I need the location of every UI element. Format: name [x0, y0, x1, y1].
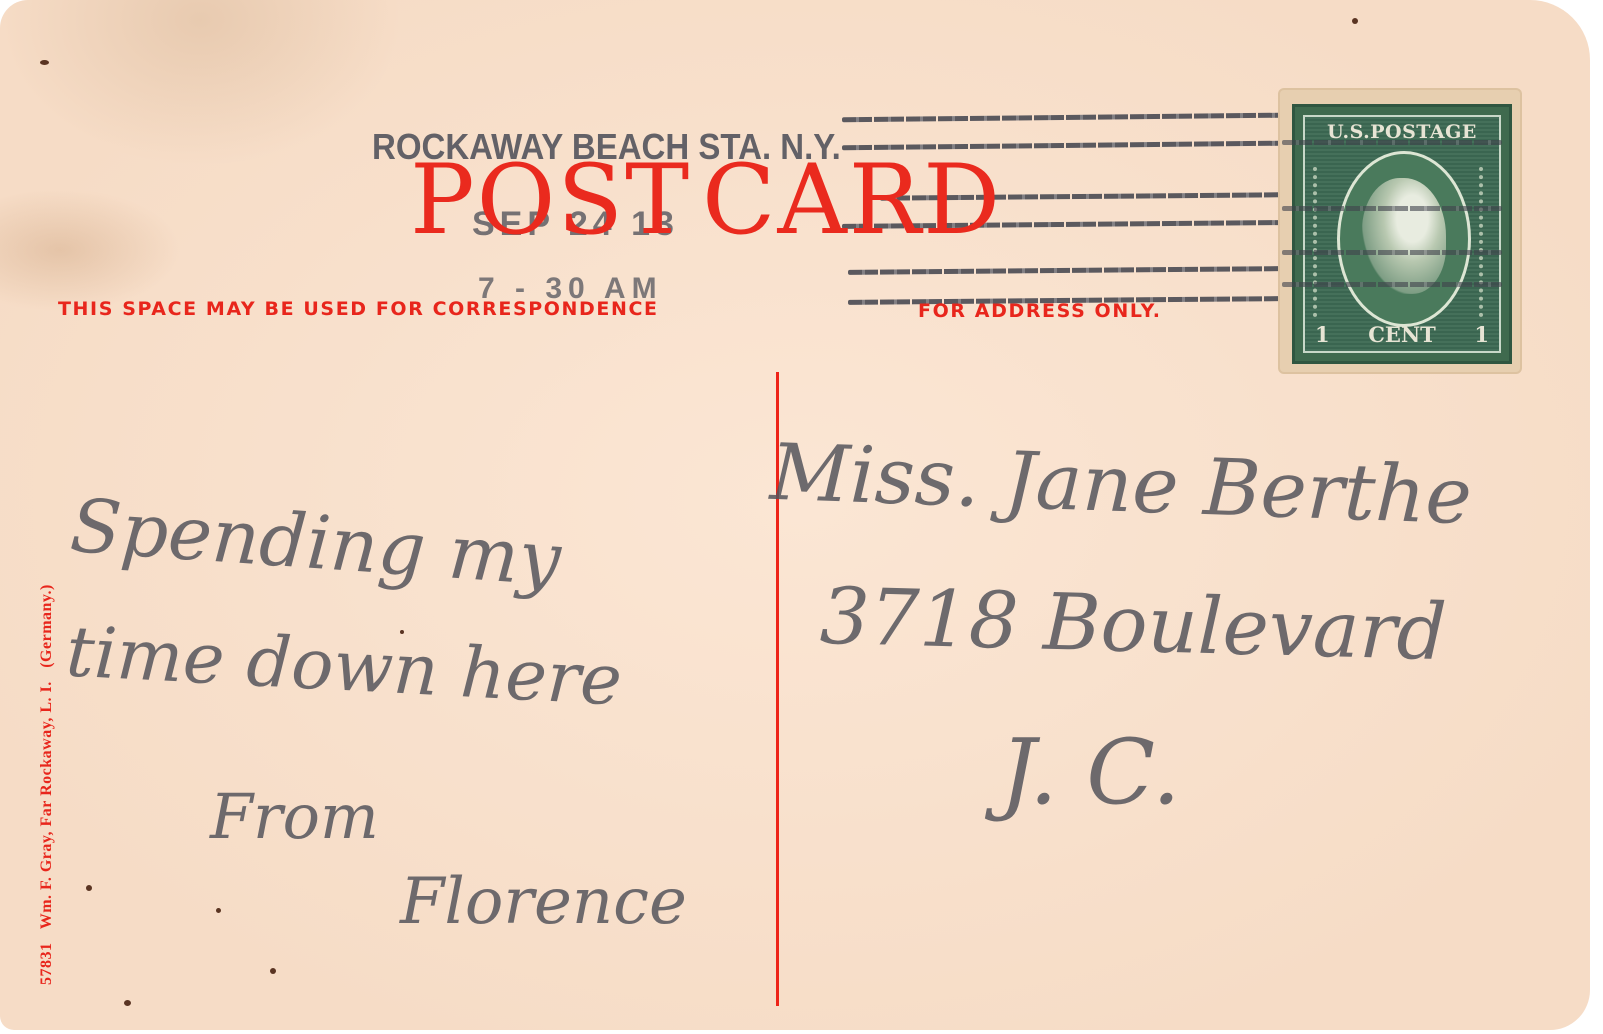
- foxing-spot: [216, 908, 221, 913]
- address-city: J. C.: [1000, 720, 1181, 825]
- cancellation-line: [1282, 282, 1502, 287]
- message-line-2: time down here: [64, 611, 624, 722]
- portrait-oval: [1337, 151, 1471, 327]
- denomination-left: 1: [1315, 322, 1330, 347]
- title-post: POST: [410, 150, 691, 250]
- foxing-spot: [124, 1000, 131, 1006]
- address-street: 3718 Boulevard: [819, 572, 1448, 678]
- address-name: Miss. Jane Berthe: [769, 428, 1474, 542]
- denomination-text: CENT: [1368, 322, 1436, 347]
- message-line-4: Florence: [400, 865, 687, 939]
- foxing-spot: [270, 968, 276, 974]
- washington-portrait-icon: [1362, 178, 1446, 294]
- stamp-denomination: 1 CENT 1: [1305, 322, 1499, 347]
- stamp-engraving: U.S.POSTAGE 1 CENT 1: [1303, 115, 1501, 353]
- cancellation-line: [1282, 140, 1502, 145]
- postcard-back: ROCKAWAY BEACH STA. N.Y. SEP 24 13 7 - 3…: [0, 0, 1590, 1030]
- postage-stamp: U.S.POSTAGE 1 CENT 1: [1280, 90, 1520, 372]
- denomination-right: 1: [1474, 322, 1489, 347]
- foxing-spot: [86, 885, 92, 891]
- message-line-1: Spending my: [68, 483, 564, 603]
- cancellation-line: [842, 113, 1282, 123]
- foxing-spot: [40, 60, 49, 65]
- cancellation-line: [1282, 206, 1502, 211]
- address-label: FOR ADDRESS ONLY.: [918, 300, 1162, 322]
- laurel-left-icon: [1313, 167, 1329, 317]
- message-line-3: From: [210, 780, 379, 853]
- publisher-imprint: 57831 Wm. F. Gray, Far Rockaway, L. I. (…: [38, 584, 56, 985]
- title-card: CARD: [702, 150, 1002, 250]
- foxing-spot: [1352, 18, 1358, 24]
- cancellation-line: [1282, 250, 1502, 255]
- laurel-right-icon: [1479, 167, 1495, 317]
- correspondence-label: THIS SPACE MAY BE USED FOR CORRESPONDENC…: [58, 298, 659, 320]
- cancellation-line: [848, 266, 1280, 275]
